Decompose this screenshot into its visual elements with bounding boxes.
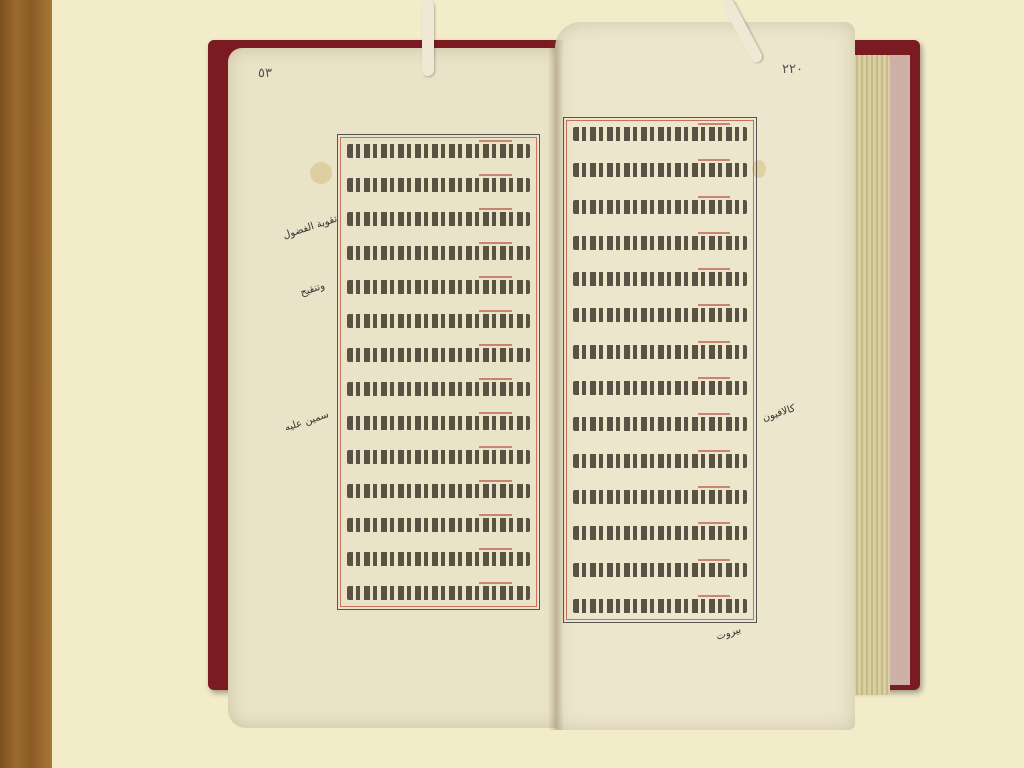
text-line [573,163,747,177]
text-line [347,416,530,430]
text-line [347,212,530,226]
text-line [347,586,530,600]
text-line [347,518,530,532]
text-line [347,348,530,362]
text-line [347,314,530,328]
paper-stain [310,162,332,184]
text-line [347,144,530,158]
text-line [347,382,530,396]
text-line [573,272,747,286]
text-line [347,552,530,566]
text-line [347,280,530,294]
folio-number-left: ٥٣ [258,66,272,81]
text-line [347,246,530,260]
folio-number-right: ٢٢٠ [782,62,803,77]
text-line [347,484,530,498]
text-line [573,490,747,504]
text-line [573,563,747,577]
text-block-right [566,120,754,620]
text-line [573,308,747,322]
paper-stain [752,160,766,178]
text-line [573,236,747,250]
text-line [347,450,530,464]
text-line [573,345,747,359]
text-line [573,599,747,613]
text-line [573,381,747,395]
text-line [573,417,747,431]
bookmark-stick-left [422,0,434,76]
text-line [573,454,747,468]
text-line [573,526,747,540]
book-gutter [548,40,564,730]
text-line [347,178,530,192]
wooden-table-edge [0,0,52,768]
text-block-left [340,137,537,607]
text-line [573,127,747,141]
text-line [573,200,747,214]
